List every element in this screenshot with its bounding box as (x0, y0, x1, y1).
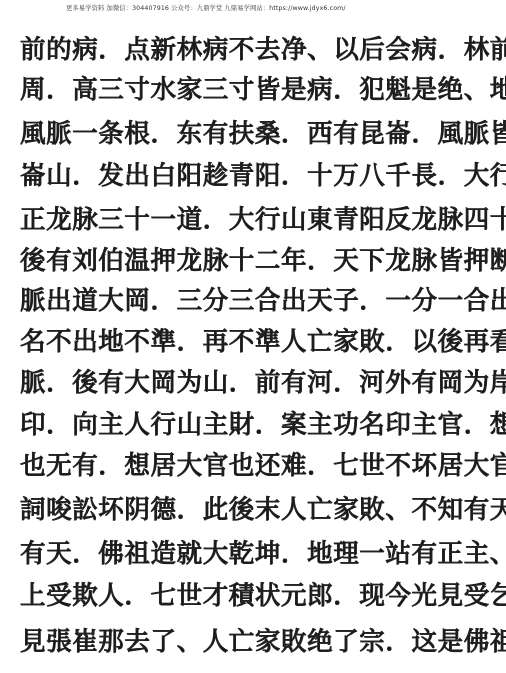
text-line: 也无有．想居大官也还难．七世不坏居大官．調 (20, 446, 492, 486)
text-line: 上受欺人．七世才積状元郎．现今光見受乞有．大名不 (20, 576, 492, 616)
handwritten-page: 前的病．点新林病不去净、以后会病．林前河裡的病 周．高三寸水家三寸皆是病．犯魁是… (0, 14, 506, 673)
header-promo-text: 更多易学资料 加微信：304407916 公众号：九鼎学堂 九鼎易学网站：htt… (66, 3, 346, 12)
text-line: 崙山．发出白阳趁青阳．十万八千長．大行山西白阳 (20, 156, 492, 196)
text-line: 印．向主人行山主財．案主功名印主官．想想点龙脈 (20, 405, 492, 445)
text-line: 名不出地不準．再不準人亡家敗．以後再看地不找龙 (20, 322, 492, 362)
text-line: 後有刘伯温押龙脉十二年．天下龙脉皆押断．結龙 (20, 241, 492, 281)
text-line: 詞唆訟坏阴德．此後末人亡家敗、不知有天还 (20, 490, 492, 530)
text-line: 見張崔那去了、人亡家敗绝了宗．这是佛祖造的大乾 (20, 622, 492, 662)
text-line: 脈．後有大岡为山．前有河．河外有岡为岸、山後有水为 (20, 363, 492, 403)
text-line: 有天．佛祖造就大乾坤．地理一站有正主、原是世 (20, 534, 492, 574)
header-bar: 更多易学资料 加微信：304407916 公众号：九鼎学堂 九鼎易学网站：htt… (0, 0, 506, 14)
text-line: 前的病．点新林病不去净、以后会病．林前河裡的病 (20, 30, 492, 70)
text-line: 周．高三寸水家三寸皆是病．犯魁是绝、地、、天地下 (20, 70, 492, 110)
text-line: 正龙脉三十一道．大行山東青阳反龙脉四十九道．以 (20, 200, 492, 240)
text-line: 風脈一条根．东有扶桑．西有昆崙．風脈皆为昆 (20, 114, 492, 154)
text-line: 脈出道大岡．三分三合出天子．一分一合出大臣．功 (20, 281, 492, 321)
